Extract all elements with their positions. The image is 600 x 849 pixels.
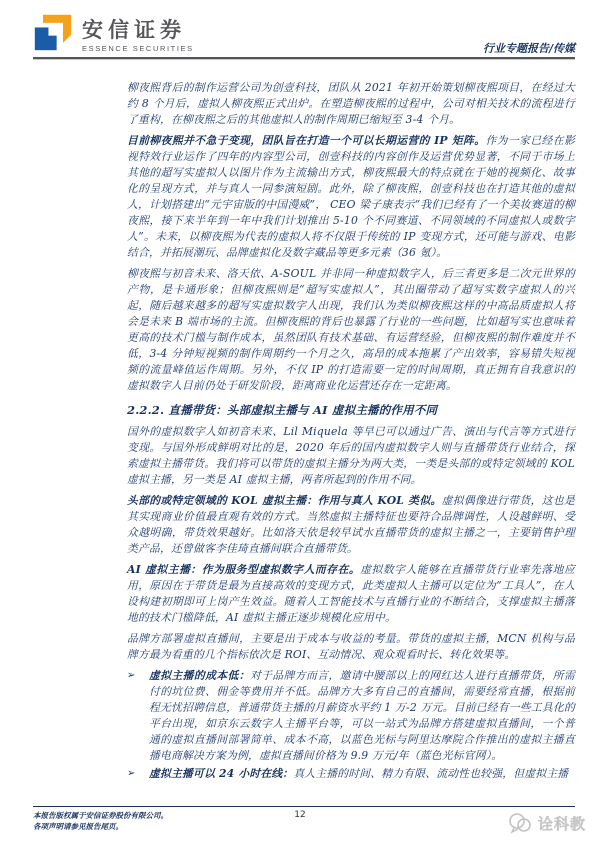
brand-name-cn: 安信证券	[82, 20, 194, 42]
report-page: 安信证券 ESSENCE SECURITIES 行业专题报告/传媒 柳夜熙背后的…	[0, 0, 600, 849]
bullet-text: 虚拟主播可以 24 小时在线：真人主播的时间、精力有限、流动性也较强，但虚拟主播	[149, 766, 575, 782]
footer-copyright-line2: 各项声明请参见报告尾页。	[33, 821, 168, 832]
paragraph-livestream-intro: 国外的虚拟数字人如初音未来、Lil Miquela 等早已可以通过广告、演出与代…	[127, 424, 575, 488]
watermark: 诠科教	[508, 812, 586, 834]
essence-logo-icon	[33, 12, 73, 52]
section-heading-2-2-2: 2.2.2. 直播带货：头部虚拟主播与 AI 虚拟主播的作用不同	[127, 402, 575, 418]
bullet-item-24h-online: ➢ 虚拟主播可以 24 小时在线：真人主播的时间、精力有限、流动性也较强，但虚拟…	[127, 766, 575, 782]
paragraph-text: 国外的虚拟数字人如初音未来、Lil Miquela 等早已可以通过广告、演出与代…	[127, 425, 575, 486]
paragraph-text: 作为一家已经在影视特效行业运作了四年的内容型公司，创壹科技的内容创作及运营优势显…	[127, 134, 575, 259]
paragraph-bold-lead: 头部的或特定领域的 KOL 虚拟主播：作用与真人 KOL 类似。	[127, 494, 442, 507]
page-header: 安信证券 ESSENCE SECURITIES 行业专题报告/传媒	[33, 10, 575, 58]
header-divider	[33, 57, 575, 60]
paragraph-production-company: 柳夜熙背后的制作运营公司为创壹科技，团队从 2021 年初开始策划柳夜熙项目，在…	[127, 80, 575, 128]
bullet-arrow-icon: ➢	[127, 668, 149, 764]
report-type-label: 行业专题报告/传媒	[483, 40, 575, 56]
chat-bubble-icon	[508, 812, 534, 834]
paragraph-text: 柳夜熙与初音未来、洛天依、A-SOUL 并非同一种虚拟数字人，后三者更多是二次元…	[127, 267, 575, 392]
bullet-text: 虚拟主播的成本低：对于品牌方而言，邀请中腰部以上的网红达人进行直播带货，所需付的…	[149, 668, 575, 764]
essence-securities-logo: 安信证券 ESSENCE SECURITIES	[33, 12, 194, 53]
paragraph-bold-lead: AI 虚拟主播：作为服务型虚拟数字人而存在。	[127, 563, 360, 576]
watermark-text: 诠科教	[538, 813, 586, 834]
paragraph-bold-lead: 目前柳夜熙并不急于变现，团队旨在打造一个可以长期运营的 IP 矩阵。	[127, 134, 485, 147]
paragraph-kol-virtual-anchor: 头部的或特定领域的 KOL 虚拟主播：作用与真人 KOL 类似。虚拟偶像进行带货…	[127, 493, 575, 557]
bullet-rest-text: 对于品牌方而言，邀请中腰部以上的网红达人进行直播带货，所需付的坑位费、佣金等费用…	[149, 669, 575, 762]
bullet-bold-lead: 虚拟主播的成本低：	[149, 669, 250, 682]
paragraph-brand-metrics: 品牌方部署虚拟直播间，主要是出于成本与收益的考量。带货的虚拟主播，MCN 机构与…	[127, 631, 575, 663]
footer-divider	[33, 806, 575, 807]
brand-name-en: ESSENCE SECURITIES	[82, 44, 194, 53]
paragraph-ai-virtual-anchor: AI 虚拟主播：作为服务型虚拟数字人而存在。虚拟数字人能够在直播带货行业率先落地…	[127, 562, 575, 626]
bullet-item-low-cost: ➢ 虚拟主播的成本低：对于品牌方而言，邀请中腰部以上的网红达人进行直播带货，所需…	[127, 668, 575, 764]
bullet-rest-text: 真人主播的时间、精力有限、流动性也较强，但虚拟主播	[293, 767, 568, 780]
report-body: 柳夜熙背后的制作运营公司为创壹科技，团队从 2021 年初开始策划柳夜熙项目，在…	[127, 80, 575, 784]
paragraph-text: 品牌方部署虚拟直播间，主要是出于成本与收益的考量。带货的虚拟主播，MCN 机构与…	[127, 632, 575, 661]
paragraph-ip-matrix: 目前柳夜熙并不急于变现，团队旨在打造一个可以长期运营的 IP 矩阵。作为一家已经…	[127, 133, 575, 261]
paragraph-text: 柳夜熙背后的制作运营公司为创壹科技，团队从 2021 年初开始策划柳夜熙项目，在…	[127, 81, 575, 126]
brand-text: 安信证券 ESSENCE SECURITIES	[82, 20, 194, 53]
bullet-bold-lead: 虚拟主播可以 24 小时在线：	[149, 767, 293, 780]
bullet-arrow-icon: ➢	[127, 766, 149, 782]
paragraph-hyperreal-virtual-human: 柳夜熙与初音未来、洛天依、A-SOUL 并非同一种虚拟数字人，后三者更多是二次元…	[127, 266, 575, 394]
